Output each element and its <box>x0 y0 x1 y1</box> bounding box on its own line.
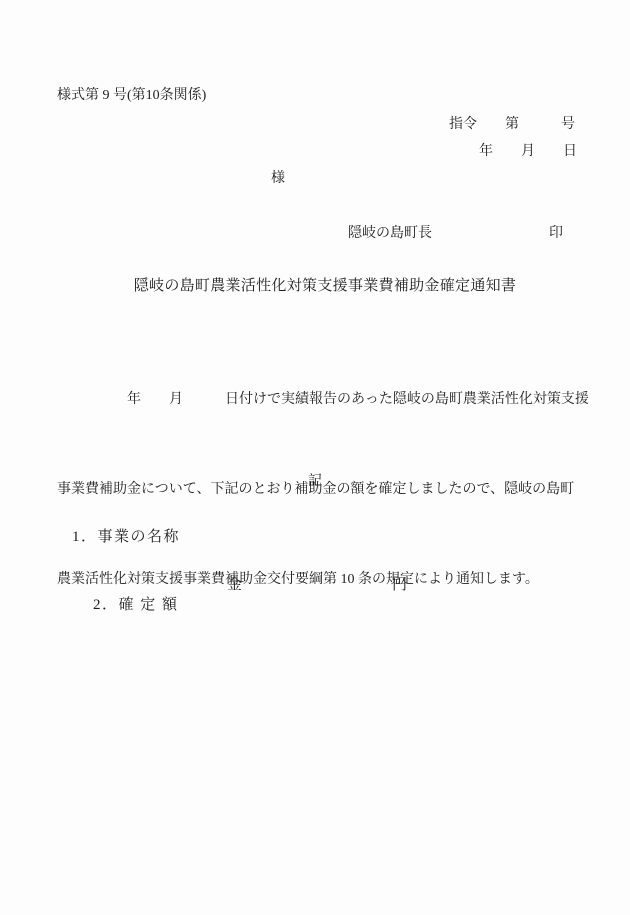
issuer-title: 隠岐の島町長 <box>348 224 432 244</box>
confirmed-amount-label: 2．確 定 額 <box>93 597 179 613</box>
document-page: 様式第 9 号(第10条関係) 指令 第 号 年 月 日 様 隠岐の島町長 印 … <box>0 0 630 915</box>
amount-prefix: 金 <box>227 575 244 595</box>
list-item-confirmed-amount: 2．確 定 額 金 円 <box>72 575 630 675</box>
list-item-project-name: 1．事業の名称 <box>72 527 180 547</box>
seal-placeholder: 印 <box>549 224 563 244</box>
addressee-honorific: 様 <box>271 169 285 189</box>
date-line: 年 月 日 <box>479 142 577 162</box>
issuer-row: 隠岐の島町長 印 <box>348 224 563 244</box>
document-title: 隠岐の島町農業活性化対策支援事業費補助金確定通知書 <box>0 276 630 296</box>
body-line-1: 年 月 日付けで実績報告のあった隠岐の島町農業活性化対策支援 <box>57 385 582 415</box>
form-number-label: 様式第 9 号(第10条関係) <box>57 86 206 106</box>
record-marker: 記 <box>0 472 630 492</box>
directive-number-line: 指令 第 号 <box>449 115 575 135</box>
amount-suffix: 円 <box>392 575 409 595</box>
